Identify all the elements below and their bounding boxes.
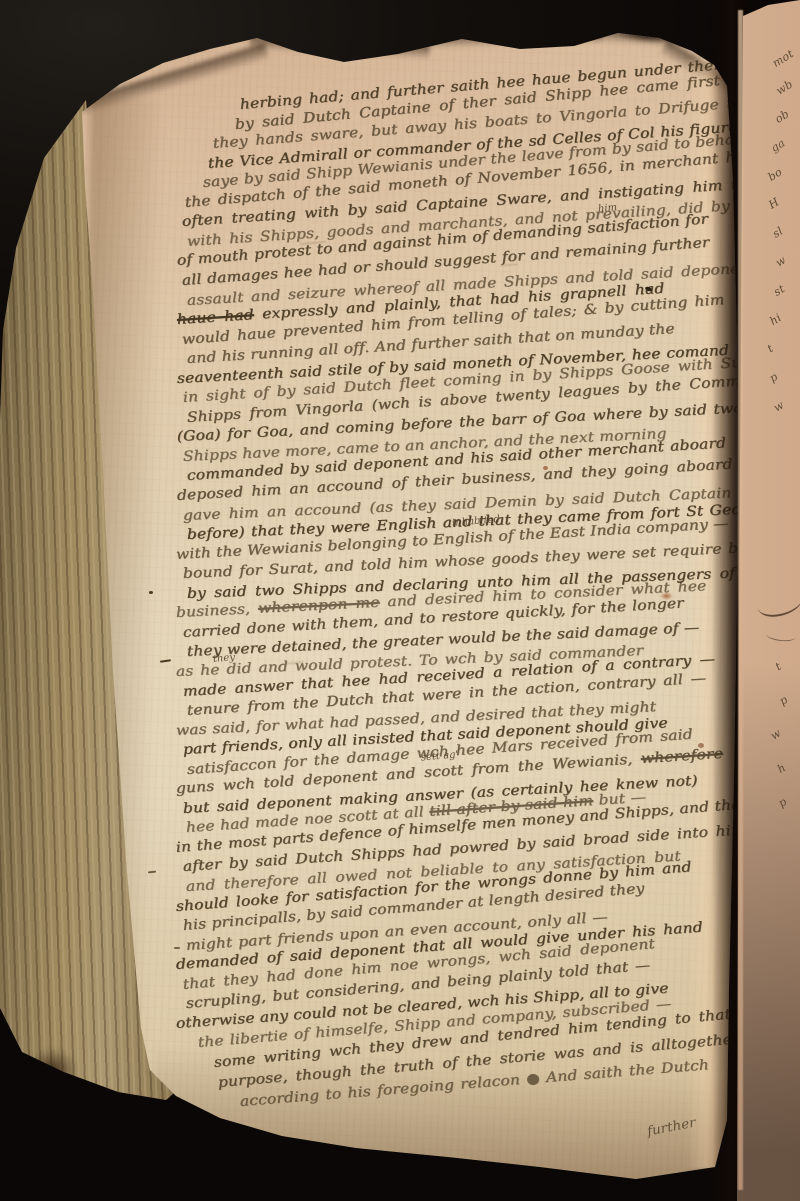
photo-of-open-manuscript-book: herbing had; and further saith hee haue … [0,0,800,1201]
interlinear-insertion: they [213,652,236,665]
interlinear-insertion: him [598,202,618,215]
facing-page-line-start: t [765,342,776,356]
facing-page-line-start: p [776,795,789,810]
rust-stain [543,466,548,470]
facing-page-line-start: p [777,693,790,708]
margin-dash [174,947,180,949]
facing-page-line-start: st [772,282,788,299]
facing-page-line-start: H [766,195,781,211]
facing-page-line-start: w [772,398,787,414]
facing-page-line-start: mot [770,47,796,70]
facing-page-line-start: ga [769,136,788,155]
facing-page-line-start: hi [768,311,784,328]
struck-out-words: haue had [176,307,254,328]
fore-edge-stain [26,1048,78,1094]
pen-flourish [766,628,797,642]
facing-page-edge-highlight [738,10,743,1190]
facing-page-line-start: ob [773,107,792,126]
facing-page-line-start: w [773,253,788,269]
manuscript-words: business, [176,601,259,621]
facing-page-line-start: sl [771,224,786,240]
facing-page-line-start: wb [773,77,794,97]
margin-dot [149,591,153,594]
facing-page-line-start: h [775,761,788,776]
facing-page-line-start: w [769,726,784,742]
pen-flourish [755,585,800,619]
rust-stain [660,592,673,600]
facing-page-line-start: p [767,370,780,385]
rust-stain [698,743,704,748]
facing-page-line-start: bo [766,165,785,184]
facing-page-line-start: t [773,660,784,674]
